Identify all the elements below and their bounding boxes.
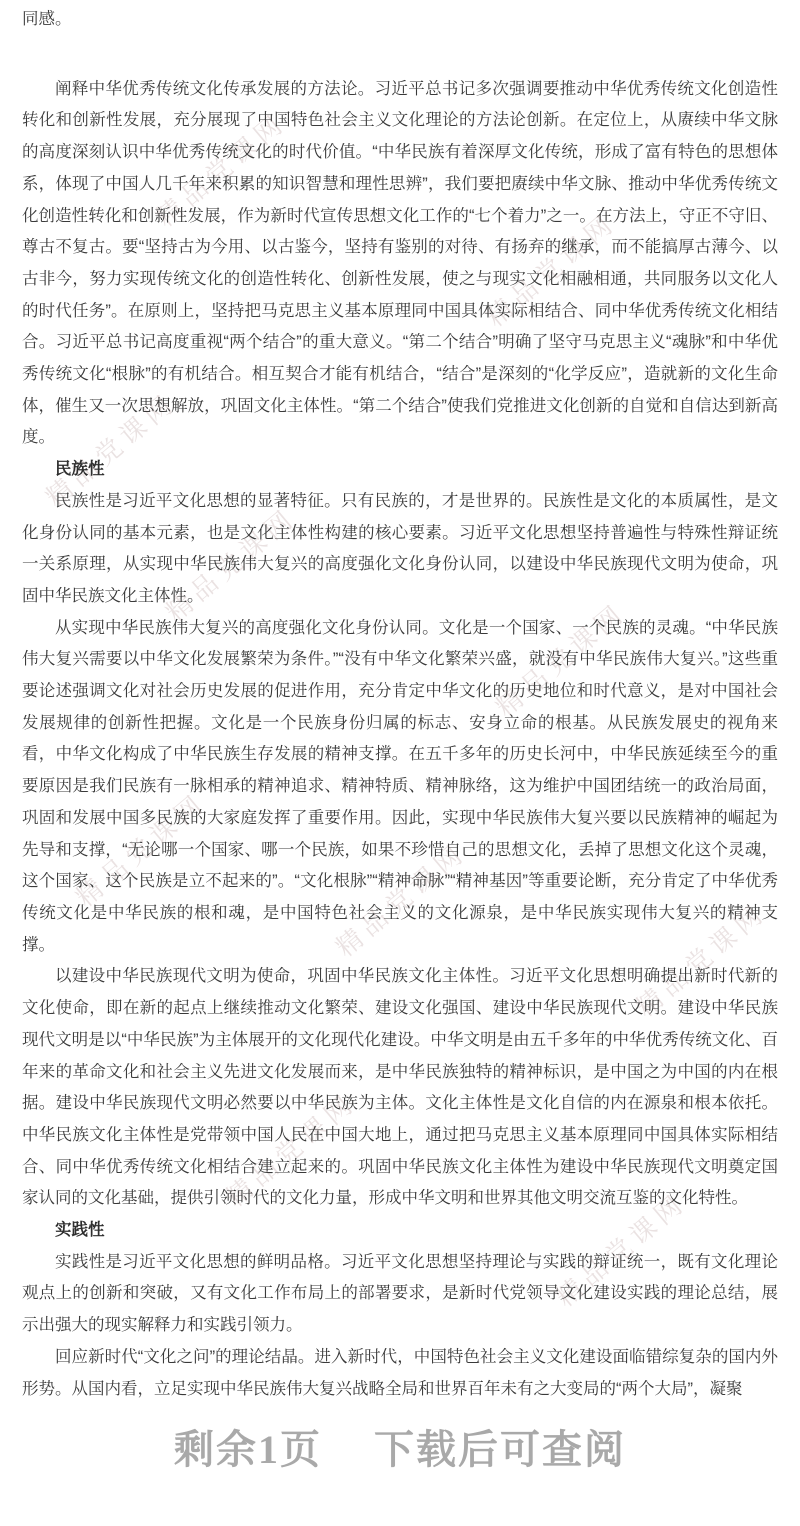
paragraph-practicality-intro: 实践性是习近平文化思想的鲜明品格。习近平文化思想坚持理论与实践的辩证统一，既有文… [22, 1247, 778, 1342]
paragraph-methodology: 阐释中华优秀传统文化传承发展的方法论。习近平总书记多次强调要推动中华优秀传统文化… [22, 74, 778, 454]
download-notice: 剩余1页 下载后可查阅 [0, 1418, 800, 1475]
paragraph-nationality-intro: 民族性是习近平文化思想的显著特征。只有民族的，才是世界的。民族性是文化的本质属性… [22, 486, 778, 613]
paragraph-cultural-identity: 从实现中华民族伟大复兴的高度强化文化身份认同。文化是一个国家、一个民族的灵魂。“… [22, 613, 778, 962]
paragraph-fragment-top: 同感。 [22, 4, 778, 36]
heading-nationality: 民族性 [22, 454, 778, 486]
remaining-pages-label: 剩余1页 [174, 1418, 322, 1475]
download-hint-label: 下载后可查阅 [374, 1418, 626, 1475]
heading-practicality: 实践性 [22, 1215, 778, 1247]
document-body: 同感。 阐释中华优秀传统文化传承发展的方法论。习近平总书记多次强调要推动中华优秀… [0, 0, 800, 1405]
document-page: 精品党课网 精品党课网 精品党课网 精品党课网 精品党课网 精品党课网 精品党课… [0, 0, 800, 1526]
paragraph-modern-civilization: 以建设中华民族现代文明为使命，巩固中华民族文化主体性。习近平文化思想明确提出新时… [22, 961, 778, 1215]
blank-line [22, 36, 778, 74]
paragraph-cultural-question: 回应新时代“文化之问”的理论结晶。进入新时代，中国特色社会主义文化建设面临错综复… [22, 1342, 778, 1405]
